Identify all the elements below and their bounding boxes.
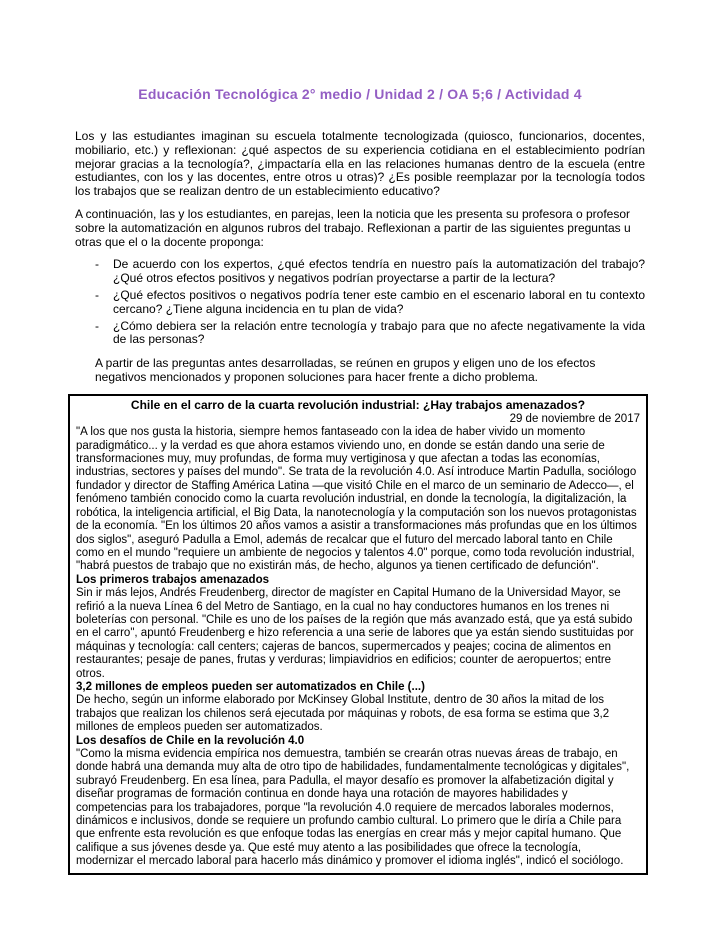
news-article-box: Chile en el carro de la cuarta revolució… <box>68 394 648 875</box>
bullet-dash: - <box>95 258 113 286</box>
article-paragraph: "A los que nos gusta la historia, siempr… <box>76 426 640 573</box>
page-content: Educación Tecnológica 2° medio / Unidad … <box>0 0 720 875</box>
bullet-dash: - <box>95 320 113 348</box>
article-paragraph: Sin ir más lejos, Andrés Freudenberg, di… <box>76 587 640 681</box>
intro-paragraph-3: A partir de las preguntas antes desarrol… <box>95 357 645 385</box>
intro-paragraph-2: A continuación, las y los estudiantes, e… <box>75 208 645 249</box>
article-subheading: Los primeros trabajos amenazados <box>76 574 640 587</box>
article-subheading: 3,2 millones de empleos pueden ser autom… <box>76 681 640 694</box>
intro-paragraph-1: Los y las estudiantes imaginan su escuel… <box>75 130 645 199</box>
bullet-text: De acuerdo con los expertos, ¿qué efecto… <box>113 258 645 286</box>
article-title: Chile en el carro de la cuarta revolució… <box>76 398 640 413</box>
article-date: 29 de noviembre de 2017 <box>76 413 640 427</box>
article-paragraph: De hecho, según un informe elaborado por… <box>76 694 640 734</box>
list-item: - ¿Qué efectos positivos o negativos pod… <box>75 289 645 317</box>
bullet-dash: - <box>95 289 113 317</box>
question-bullet-list: - De acuerdo con los expertos, ¿qué efec… <box>75 258 645 347</box>
bullet-text: ¿Qué efectos positivos o negativos podrí… <box>113 289 645 317</box>
page-title: Educación Tecnológica 2° medio / Unidad … <box>75 86 645 102</box>
list-item: - ¿Cómo debiera ser la relación entre te… <box>75 320 645 348</box>
article-paragraph: "Como la misma evidencia empírica nos de… <box>76 748 640 869</box>
worksheet-page: Educación Tecnológica 2° medio / Unidad … <box>0 0 720 932</box>
list-item: - De acuerdo con los expertos, ¿qué efec… <box>75 258 645 286</box>
article-subheading: Los desafíos de Chile en la revolución 4… <box>76 735 640 748</box>
bullet-text: ¿Cómo debiera ser la relación entre tecn… <box>113 320 645 348</box>
